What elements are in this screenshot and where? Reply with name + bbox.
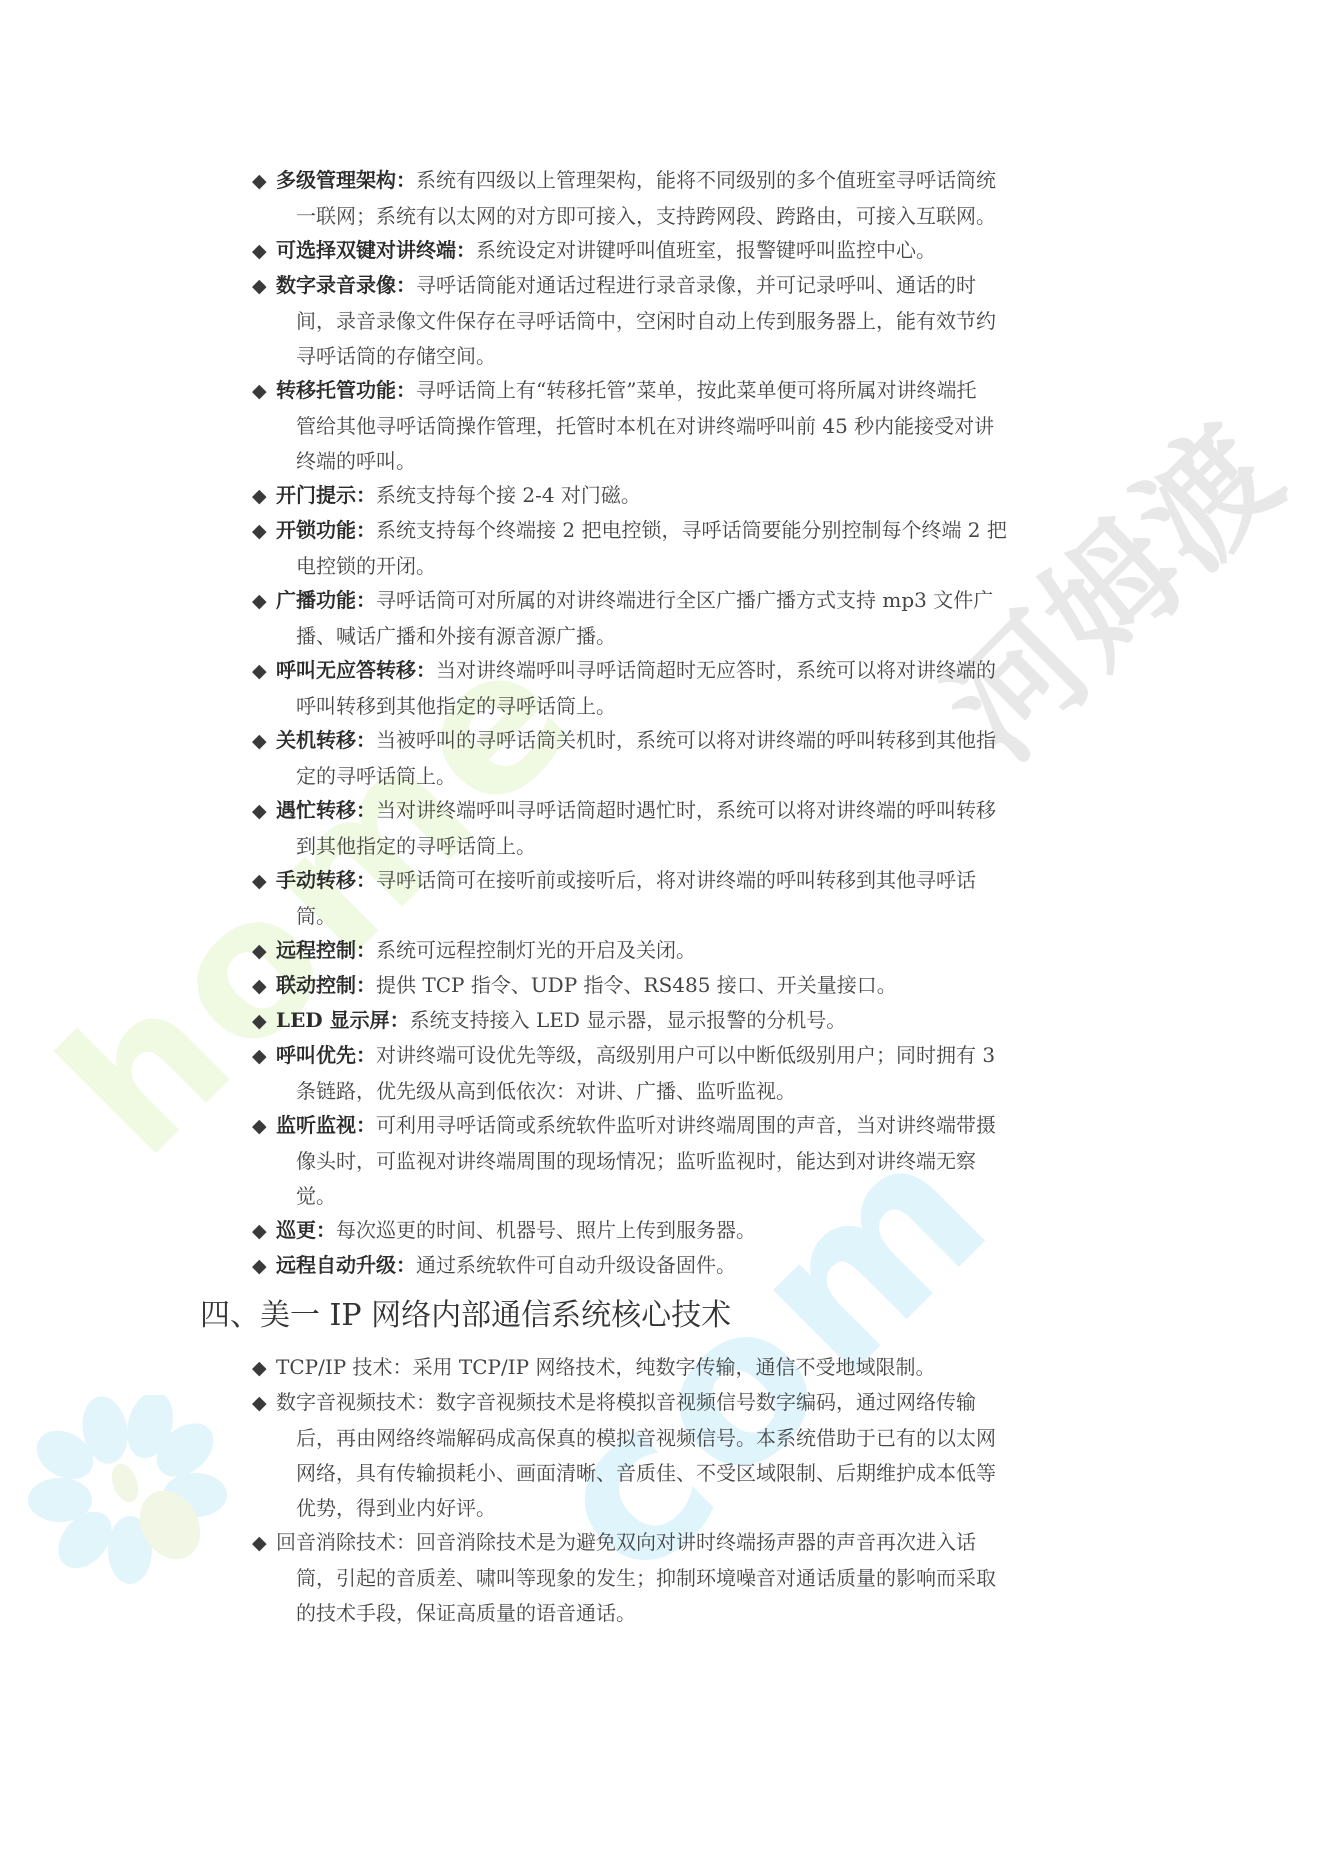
feature-desc: 寻呼话筒能对通话过程进行录音录像，并可记录呼叫、通话的时 — [416, 273, 976, 297]
feature-term: 开锁功能： — [276, 518, 376, 542]
feature-term: 远程自动升级： — [276, 1253, 416, 1277]
technology-term: 数字音视频技术： — [276, 1390, 436, 1414]
diamond-bullet-icon: ◆ — [252, 864, 276, 899]
diamond-bullet-icon: ◆ — [252, 1249, 276, 1284]
feature-term: 监听监视： — [276, 1113, 376, 1137]
feature-item: ◆远程控制：系统可远程控制灯光的开启及关闭。 — [252, 933, 1122, 969]
technology-item: ◆TCP/IP 技术：采用 TCP/IP 网络技术，纯数字传输，通信不受地域限制… — [252, 1350, 1122, 1386]
technology-item: ◆回音消除技术：回音消除技术是为避免双向对讲时终端扬声器的声音再次进入话 筒，引… — [252, 1525, 1122, 1631]
feature-desc-cont: 间，录音录像文件保存在寻呼话筒中，空闲时自动上传到服务器上，能有效节约 — [252, 304, 1122, 339]
technology-desc-cont: 筒，引起的音质差、啸叫等现象的发生；抑制环境噪音对通话质量的影响而采取 — [252, 1561, 1122, 1596]
feature-term: 可选择双键对讲终端： — [276, 238, 476, 262]
diamond-bullet-icon: ◆ — [252, 269, 276, 304]
feature-desc-cont: 像头时，可监视对讲终端周围的现场情况；监听监视时，能达到对讲终端无察 — [252, 1144, 1122, 1179]
diamond-bullet-icon: ◆ — [252, 584, 276, 619]
feature-term: 远程控制： — [276, 938, 376, 962]
feature-term: 开门提示： — [276, 483, 376, 507]
feature-desc-cont: 一联网；系统有以太网的对方即可接入，支持跨网段、跨路由，可接入互联网。 — [252, 199, 1122, 234]
feature-term: 联动控制： — [276, 973, 376, 997]
feature-desc-cont: 管给其他寻呼话筒操作管理，托管时本机在对讲终端呼叫前 45 秒内能接受对讲 — [252, 409, 1122, 444]
feature-item: ◆监听监视：可利用寻呼话筒或系统软件监听对讲终端周围的声音，当对讲终端带摄 像头… — [252, 1108, 1122, 1214]
feature-term: 数字录音录像： — [276, 273, 416, 297]
feature-desc: 系统支持每个终端接 2 把电控锁，寻呼话筒要能分别控制每个终端 2 把 — [376, 518, 1007, 542]
feature-item: ◆呼叫无应答转移：当对讲终端呼叫寻呼话筒超时无应答时，系统可以将对讲终端的 呼叫… — [252, 653, 1122, 724]
feature-desc: 系统支持接入 LED 显示器，显示报警的分机号。 — [410, 1008, 847, 1032]
feature-term: 广播功能： — [276, 588, 376, 612]
feature-desc: 提供 TCP 指令、UDP 指令、RS485 接口、开关量接口。 — [376, 973, 897, 997]
diamond-bullet-icon: ◆ — [252, 1386, 276, 1421]
technology-term: TCP/IP 技术： — [276, 1355, 413, 1379]
diamond-bullet-icon: ◆ — [252, 1039, 276, 1074]
feature-desc: 当被呼叫的寻呼话筒关机时，系统可以将对讲终端的呼叫转移到其他指 — [376, 728, 996, 752]
feature-desc: 系统可远程控制灯光的开启及关闭。 — [376, 938, 696, 962]
technology-desc: 数字音视频技术是将模拟音视频信号数字编码，通过网络传输 — [436, 1390, 976, 1414]
feature-desc: 寻呼话筒可对所属的对讲终端进行全区广播广播方式支持 mp3 文件广 — [376, 588, 993, 612]
feature-item: ◆多级管理架构：系统有四级以上管理架构，能将不同级别的多个值班室寻呼话筒统 一联… — [252, 163, 1122, 234]
technology-item: ◆数字音视频技术：数字音视频技术是将模拟音视频信号数字编码，通过网络传输 后，再… — [252, 1385, 1122, 1526]
technology-desc: 回音消除技术是为避免双向对讲时终端扬声器的声音再次进入话 — [416, 1530, 976, 1554]
feature-desc-cont: 电控锁的开闭。 — [252, 549, 1122, 584]
feature-item: ◆广播功能：寻呼话筒可对所属的对讲终端进行全区广播广播方式支持 mp3 文件广 … — [252, 583, 1122, 654]
diamond-bullet-icon: ◆ — [252, 724, 276, 759]
diamond-bullet-icon: ◆ — [252, 969, 276, 1004]
feature-desc: 每次巡更的时间、机器号、照片上传到服务器。 — [336, 1218, 756, 1242]
feature-desc: 当对讲终端呼叫寻呼话筒超时无应答时，系统可以将对讲终端的 — [436, 658, 996, 682]
diamond-bullet-icon: ◆ — [252, 794, 276, 829]
feature-desc-cont: 到其他指定的寻呼话筒上。 — [252, 829, 1122, 864]
feature-desc: 对讲终端可设优先等级，高级别用户可以中断低级别用户；同时拥有 3 — [376, 1043, 995, 1067]
feature-desc: 系统支持每个接 2-4 对门磁。 — [376, 483, 641, 507]
flower-logo-icon — [10, 1395, 240, 1595]
diamond-bullet-icon: ◆ — [252, 1214, 276, 1249]
feature-desc-cont: 觉。 — [252, 1179, 1122, 1214]
feature-desc: 寻呼话筒上有“转移托管”菜单，按此菜单便可将所属对讲终端托 — [416, 378, 976, 402]
feature-item: ◆遇忙转移：当对讲终端呼叫寻呼话筒超时遇忙时，系统可以将对讲终端的呼叫转移 到其… — [252, 793, 1122, 864]
feature-term: LED 显示屏： — [276, 1008, 410, 1032]
feature-desc: 可利用寻呼话筒或系统软件监听对讲终端周围的声音，当对讲终端带摄 — [376, 1113, 996, 1137]
feature-item: ◆手动转移：寻呼话筒可在接听前或接听后，将对讲终端的呼叫转移到其他寻呼话 筒。 — [252, 863, 1122, 934]
feature-desc-cont: 条链路，优先级从高到低依次：对讲、广播、监听监视。 — [252, 1074, 1122, 1109]
technology-desc-cont: 优势，得到业内好评。 — [252, 1491, 1122, 1526]
feature-desc-cont: 寻呼话筒的存储空间。 — [252, 339, 1122, 374]
feature-item: ◆数字录音录像：寻呼话筒能对通话过程进行录音录像，并可记录呼叫、通话的时 间，录… — [252, 268, 1122, 374]
diamond-bullet-icon: ◆ — [252, 654, 276, 689]
diamond-bullet-icon: ◆ — [252, 1004, 276, 1039]
diamond-bullet-icon: ◆ — [252, 374, 276, 409]
technology-desc-cont: 后，再由网络终端解码成高保真的模拟音视频信号。本系统借助于已有的以太网 — [252, 1421, 1122, 1456]
technology-desc: 采用 TCP/IP 网络技术，纯数字传输，通信不受地域限制。 — [413, 1355, 936, 1379]
feature-desc: 当对讲终端呼叫寻呼话筒超时遇忙时，系统可以将对讲终端的呼叫转移 — [376, 798, 996, 822]
feature-desc: 通过系统软件可自动升级设备固件。 — [416, 1253, 736, 1277]
feature-desc-cont: 播、喊话广播和外接有源音源广播。 — [252, 619, 1122, 654]
diamond-bullet-icon: ◆ — [252, 1109, 276, 1144]
technology-term: 回音消除技术： — [276, 1530, 416, 1554]
feature-desc-cont: 筒。 — [252, 899, 1122, 934]
feature-term: 呼叫优先： — [276, 1043, 376, 1067]
feature-term: 关机转移： — [276, 728, 376, 752]
diamond-bullet-icon: ◆ — [252, 479, 276, 514]
feature-item: ◆开锁功能：系统支持每个终端接 2 把电控锁，寻呼话筒要能分别控制每个终端 2 … — [252, 513, 1122, 584]
feature-term: 巡更： — [276, 1218, 336, 1242]
feature-item: ◆联动控制：提供 TCP 指令、UDP 指令、RS485 接口、开关量接口。 — [252, 968, 1122, 1004]
technology-desc-cont: 的技术手段，保证高质量的语音通话。 — [252, 1596, 1122, 1631]
feature-desc-cont: 呼叫转移到其他指定的寻呼话筒上。 — [252, 689, 1122, 724]
feature-desc-cont: 定的寻呼话筒上。 — [252, 759, 1122, 794]
feature-term: 转移托管功能： — [276, 378, 416, 402]
feature-item: ◆开门提示：系统支持每个接 2-4 对门磁。 — [252, 478, 1122, 514]
feature-item: ◆可选择双键对讲终端：系统设定对讲键呼叫值班室，报警键呼叫监控中心。 — [252, 233, 1122, 269]
diamond-bullet-icon: ◆ — [252, 164, 276, 199]
feature-desc: 系统有四级以上管理架构，能将不同级别的多个值班室寻呼话筒统 — [416, 168, 996, 192]
feature-desc: 系统设定对讲键呼叫值班室，报警键呼叫监控中心。 — [476, 238, 936, 262]
diamond-bullet-icon: ◆ — [252, 514, 276, 549]
feature-desc-cont: 终端的呼叫。 — [252, 444, 1122, 479]
feature-term: 呼叫无应答转移： — [276, 658, 436, 682]
technology-desc-cont: 网络，具有传输损耗小、画面清晰、音质佳、不受区域限制、后期维护成本低等 — [252, 1456, 1122, 1491]
feature-item: ◆巡更：每次巡更的时间、机器号、照片上传到服务器。 — [252, 1213, 1122, 1249]
section-heading: 四、美一 IP 网络内部通信系统核心技术 — [200, 1296, 731, 1336]
feature-term: 遇忙转移： — [276, 798, 376, 822]
diamond-bullet-icon: ◆ — [252, 1526, 276, 1561]
feature-desc: 寻呼话筒可在接听前或接听后，将对讲终端的呼叫转移到其他寻呼话 — [376, 868, 976, 892]
feature-term: 手动转移： — [276, 868, 376, 892]
feature-item: ◆转移托管功能：寻呼话筒上有“转移托管”菜单，按此菜单便可将所属对讲终端托 管给… — [252, 373, 1122, 479]
feature-item: ◆呼叫优先：对讲终端可设优先等级，高级别用户可以中断低级别用户；同时拥有 3 条… — [252, 1038, 1122, 1109]
diamond-bullet-icon: ◆ — [252, 934, 276, 969]
feature-item: ◆关机转移：当被呼叫的寻呼话筒关机时，系统可以将对讲终端的呼叫转移到其他指 定的… — [252, 723, 1122, 794]
feature-item: ◆LED 显示屏：系统支持接入 LED 显示器，显示报警的分机号。 — [252, 1003, 1122, 1039]
feature-term: 多级管理架构： — [276, 168, 416, 192]
diamond-bullet-icon: ◆ — [252, 234, 276, 269]
diamond-bullet-icon: ◆ — [252, 1351, 276, 1386]
feature-item: ◆远程自动升级：通过系统软件可自动升级设备固件。 — [252, 1248, 1122, 1284]
